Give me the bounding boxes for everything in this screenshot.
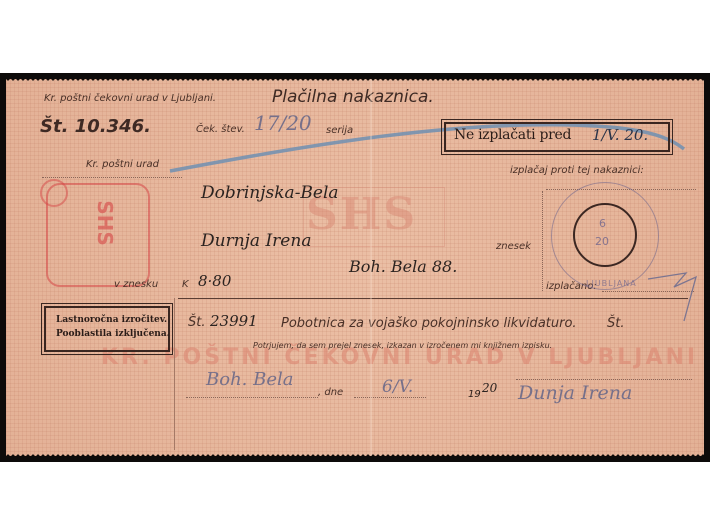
amount-label: v znesku [114,279,158,290]
issuer-label: Kr. poštni čekovni urad v Ljubljani. [44,93,216,104]
postmark-inner-ring: 6 20 [573,203,637,267]
postmark-place: LJUBLJANA [586,279,637,288]
section-divider [178,298,688,299]
stamp-text: SHS [93,200,117,246]
st-label: Št. [607,316,624,331]
currency-label: K [182,279,189,290]
recipient-line-1: Dobrinjska-Bela [201,183,339,203]
no-pay-before-value: 1/V. 20. [592,126,648,144]
no-pay-before-label: Ne izplačati pred [454,127,571,143]
hand-delivery-box: Lastnoročna izročitev. Pooblastila izklj… [44,306,170,352]
dne-label: , dne [318,387,343,398]
znesek-label: znesek [496,241,531,252]
perforation-bottom [6,452,704,456]
lower-vertical-divider [174,298,175,450]
fold-crease [370,79,372,456]
payer-label: Pobotnica za vojaško pokojninsko likvida… [281,316,577,331]
box-line-1: Lastnoročna izročitev. [56,315,167,325]
office-label: Kr. poštni urad [86,159,159,170]
recipient-line-2: Durnja Irena [201,231,311,251]
box-line-2: Pooblastila izključena. [56,329,170,339]
payment-order-document: SHS KR. POŠTNI ČEKOVNI URAD V LJUBLJANI … [6,79,704,456]
pay-column-divider [542,191,543,291]
date-handwritten: 6/V. [382,377,413,397]
confirmation-text: Potrjujem, da sem prejel znesek, izkazan… [253,341,552,350]
year-handwritten: 20 [482,381,497,395]
document-title: Plačilna nakaznica. [272,87,434,107]
signature: Dunja Irena [518,382,632,404]
office-dotted-line [42,177,182,178]
no-pay-before-box: Ne izplačati pred 1/V. 20. [444,122,670,152]
stamp-emblem-icon [40,179,68,207]
perforation-top [6,79,704,83]
pay-against-label: izplačaj proti tej nakaznici: [510,165,644,176]
red-office-stamp: SHS [46,183,150,287]
postmark-year: 20 [595,235,609,248]
recipient-line-3: Boh. Bela 88. [349,257,457,276]
place-handwritten: Boh. Bela [206,369,293,390]
year-prefix: 19 [468,389,481,400]
ref-number: 23991 [210,312,258,330]
signature-dotted-line [516,379,692,380]
amount-value: 8·80 [198,272,231,290]
place-dotted-line [186,397,318,398]
ref-prefix: Št. [188,315,205,330]
document-number: Št. 10.346. [40,116,151,137]
date-dotted-line [354,397,426,398]
pencil-check-mark [646,265,700,325]
postmark-day: 6 [599,217,606,230]
